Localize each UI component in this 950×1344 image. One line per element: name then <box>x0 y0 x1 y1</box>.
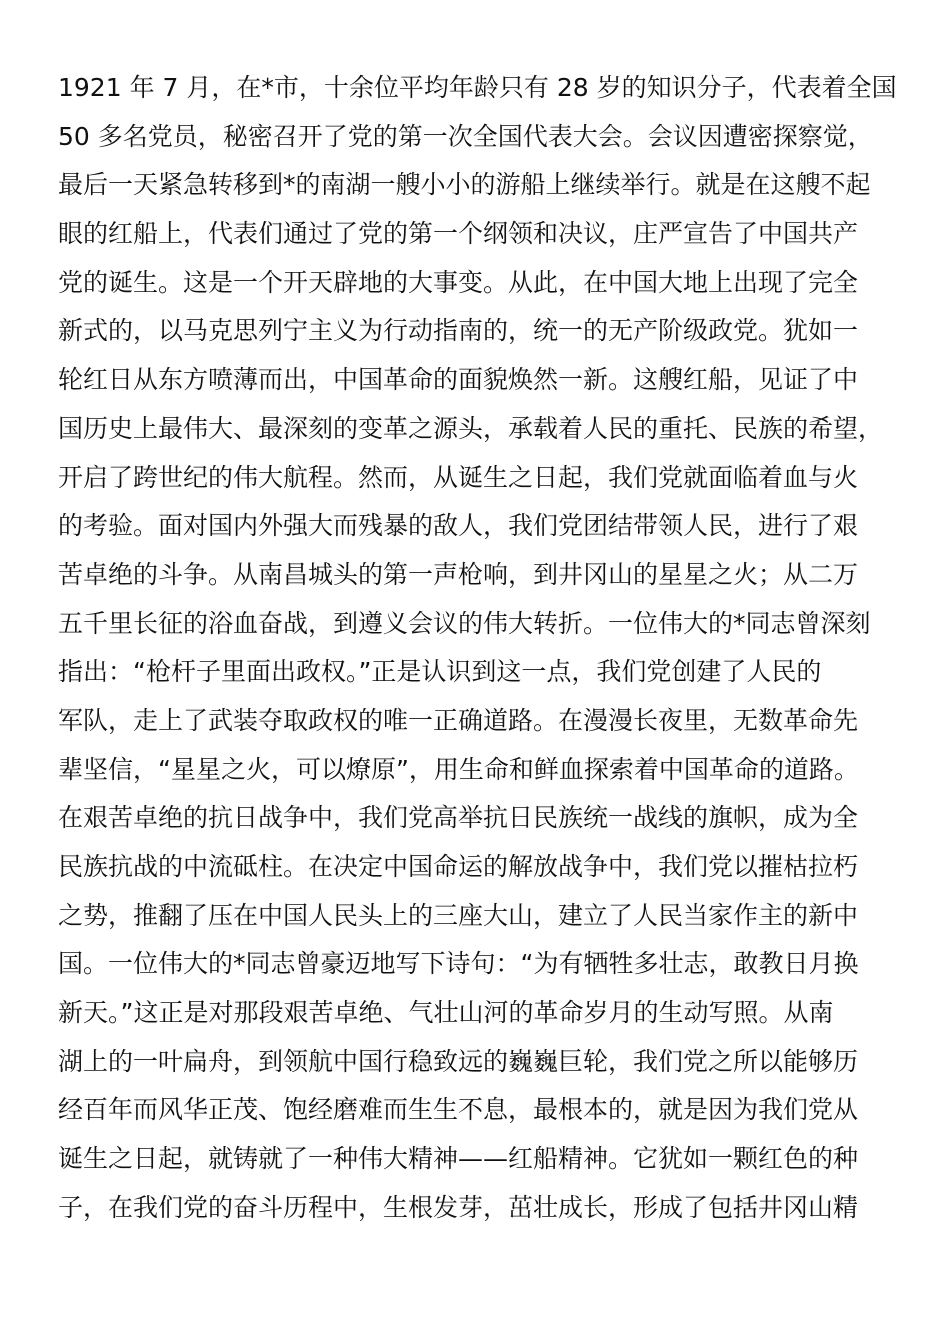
text-line: 50 多名党员，秘密召开了党的第一次全国代表大会。会议因遭密探察觉， <box>58 113 898 162</box>
text-line: 五千里长征的浴血奋战，到遵义会议的伟大转折。一位伟大的*同志曾深刻 <box>58 600 898 649</box>
text-line: 新式的，以马克思列宁主义为行动指南的，统一的无产阶级政党。犹如一 <box>58 307 898 356</box>
text-line: 新天。”这正是对那段艰苦卓绝、气壮山河的革命岁月的生动写照。从南 <box>58 989 898 1038</box>
document-page: 1921 年 7 月，在*市，十余位平均年龄只有 28 岁的知识分子，代表着全国… <box>0 0 950 1344</box>
text-line: 民族抗战的中流砥柱。在决定中国命运的解放战争中，我们党以摧枯拉朽 <box>58 843 898 892</box>
text-line: 党的诞生。这是一个开天辟地的大事变。从此，在中国大地上出现了完全 <box>58 259 898 308</box>
text-line: 最后一天紧急转移到*的南湖一艘小小的游船上继续举行。就是在这艘不起 <box>58 161 898 210</box>
text-line: 指出：“枪杆子里面出政权。”正是认识到这一点，我们党创建了人民的 <box>58 648 898 697</box>
text-line: 辈坚信，“星星之火，可以燎原”，用生命和鲜血探索着中国革命的道路。 <box>58 746 898 795</box>
text-line: 经百年而风华正茂、饱经磨难而生生不息，最根本的，就是因为我们党从 <box>58 1086 898 1135</box>
text-line: 开启了跨世纪的伟大航程。然而，从诞生之日起，我们党就面临着血与火 <box>58 454 898 503</box>
text-line: 的考验。面对国内外强大而残暴的敌人，我们党团结带领人民，进行了艰 <box>58 502 898 551</box>
text-line: 子，在我们党的奋斗历程中，生根发芽，茁壮成长，形成了包括井冈山精 <box>58 1184 898 1233</box>
text-line: 诞生之日起，就铸就了一种伟大精神——红船精神。它犹如一颗红色的种 <box>58 1135 898 1184</box>
text-line: 湖上的一叶扁舟，到领航中国行稳致远的巍巍巨轮，我们党之所以能够历 <box>58 1038 898 1087</box>
text-line: 眼的红船上，代表们通过了党的第一个纲领和决议，庄严宣告了中国共产 <box>58 210 898 259</box>
text-line: 轮红日从东方喷薄而出，中国革命的面貌焕然一新。这艘红船，见证了中 <box>58 356 898 405</box>
body-paragraph: 1921 年 7 月，在*市，十余位平均年龄只有 28 岁的知识分子，代表着全国… <box>58 64 898 1233</box>
text-line: 国历史上最伟大、最深刻的变革之源头，承载着人民的重托、民族的希望， <box>58 405 898 454</box>
text-line: 之势，推翻了压在中国人民头上的三座大山，建立了人民当家作主的新中 <box>58 892 898 941</box>
text-line: 在艰苦卓绝的抗日战争中，我们党高举抗日民族统一战线的旗帜，成为全 <box>58 794 898 843</box>
text-line: 1921 年 7 月，在*市，十余位平均年龄只有 28 岁的知识分子，代表着全国 <box>58 64 898 113</box>
text-line: 国。一位伟大的*同志曾豪迈地写下诗句：“为有牺牲多壮志，敢教日月换 <box>58 940 898 989</box>
text-line: 军队，走上了武装夺取政权的唯一正确道路。在漫漫长夜里，无数革命先 <box>58 697 898 746</box>
text-line: 苦卓绝的斗争。从南昌城头的第一声枪响，到井冈山的星星之火；从二万 <box>58 551 898 600</box>
